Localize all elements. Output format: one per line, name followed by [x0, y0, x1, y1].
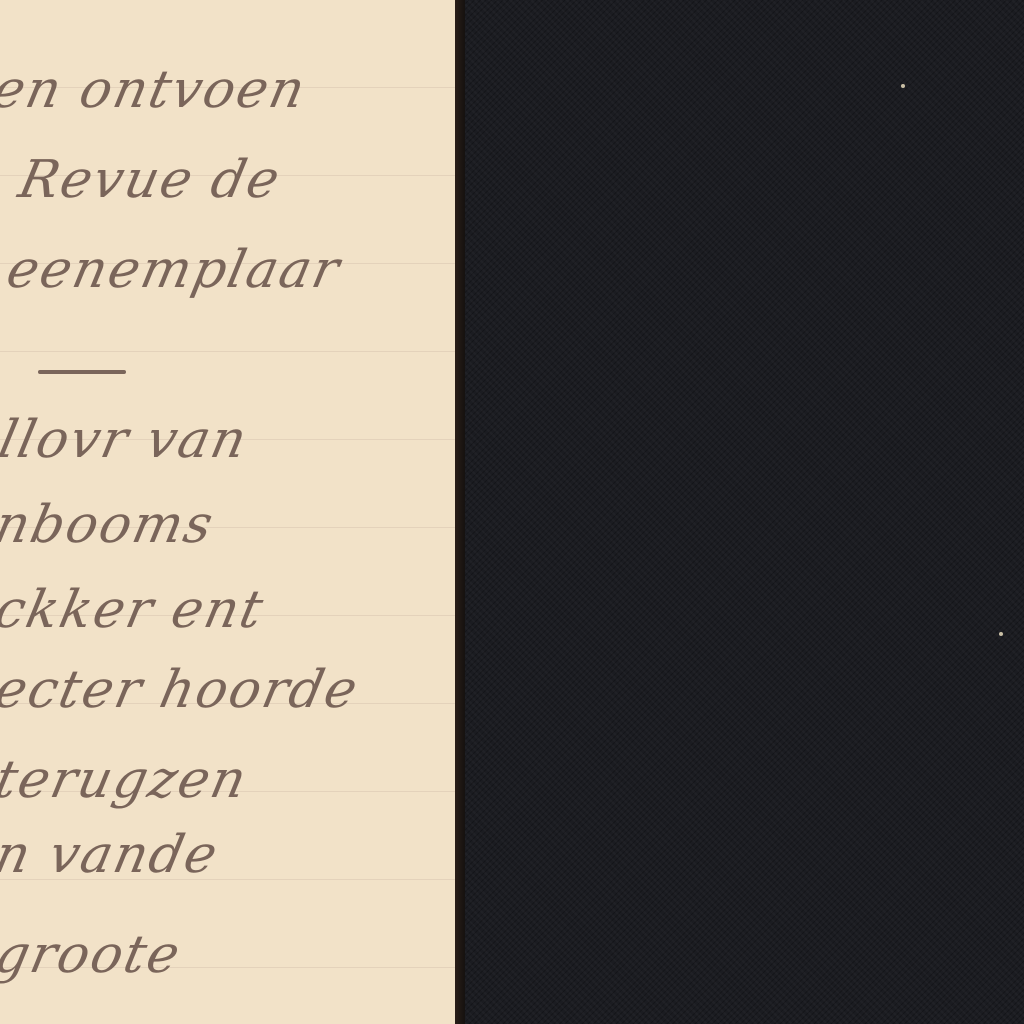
handwritten-line-10: n vande: [0, 825, 224, 885]
handwritten-line-5: llovr van: [0, 410, 254, 470]
manuscript-page: en ontvoen Revue de eenemplaar llovr van…: [0, 0, 455, 1024]
handwritten-line-3: eenemplaar: [2, 240, 347, 300]
handwritten-line-1: en ontvoen: [0, 60, 312, 120]
page-edge-shadow: [455, 0, 465, 1024]
handwritten-line-6: nbooms: [0, 495, 220, 555]
cloth-background: [465, 0, 1024, 1024]
handwritten-line-7: ckker ent: [0, 580, 270, 640]
handwritten-line-11: groote: [0, 925, 187, 985]
handwritten-line-2: Revue de: [14, 150, 287, 210]
handwritten-line-8: ecter hoorde: [0, 660, 364, 720]
handwritten-line-9: terugzen: [0, 750, 253, 810]
dust-speck: [901, 84, 905, 88]
dust-speck: [999, 632, 1003, 636]
separator-dash: [38, 370, 126, 374]
